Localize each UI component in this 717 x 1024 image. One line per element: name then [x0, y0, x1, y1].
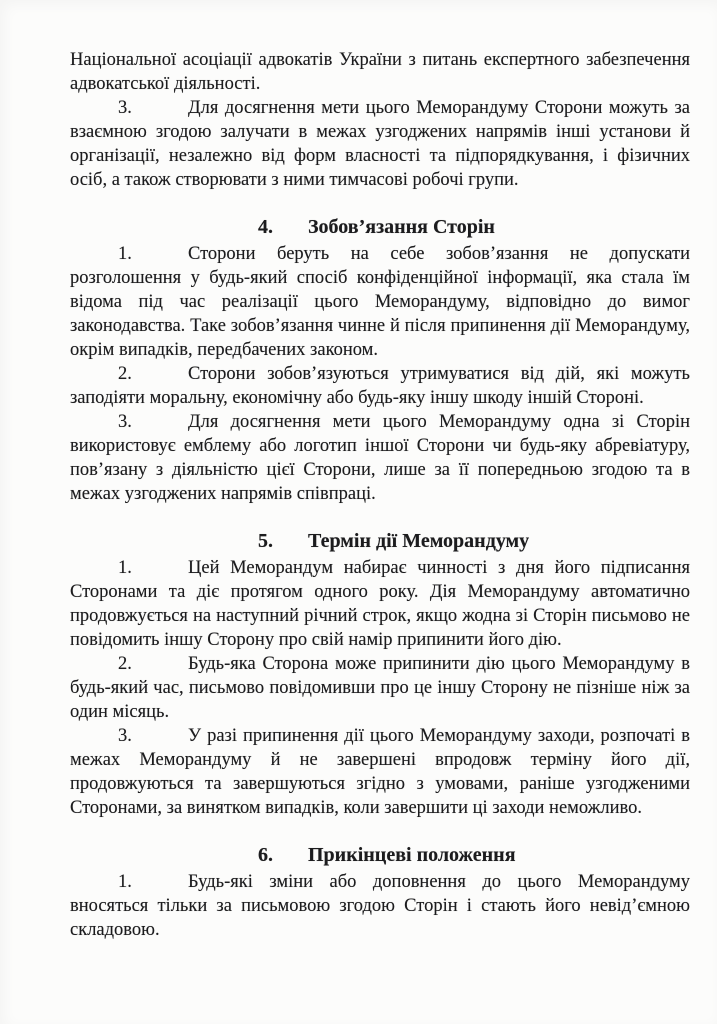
paragraph-continuation: Національної асоціації адвокатів України… [70, 48, 690, 96]
paragraph-s5-item-1: 1.Цей Меморандум набирає чинності з дня … [70, 556, 690, 652]
item-number: 1. [118, 242, 188, 266]
paragraph-s4-item-3: 3.Для досягнення мети цього Меморандуму … [70, 410, 690, 506]
section-heading-term: 5.Термін дії Меморандуму [70, 526, 690, 556]
section-number: 5. [258, 526, 308, 556]
section-heading-final-provisions: 6.Прикінцеві положення [70, 840, 690, 870]
paragraph-s4-item-1: 1.Сторони беруть на себе зобов’язання не… [70, 242, 690, 362]
paragraph-s4-item-2: 2.Сторони зобов’язуються утримуватися ві… [70, 362, 690, 410]
section-title: Зобов’язання Сторін [308, 216, 495, 238]
paragraph-s6-item-1: 1.Будь-які зміни або доповнення до цього… [70, 870, 690, 942]
paragraph-s5-item-3: 3.У разі припинення дії цього Меморандум… [70, 724, 690, 820]
section-heading-obligations: 4.Зобов’язання Сторін [70, 212, 690, 242]
section-number: 4. [258, 212, 308, 242]
scanned-document-page: Національної асоціації адвокатів України… [0, 0, 717, 1024]
item-number: 2. [118, 362, 188, 386]
item-number: 3. [118, 96, 188, 120]
item-number: 3. [118, 724, 188, 748]
section-title: Прикінцеві положення [308, 844, 516, 866]
section-number: 6. [258, 840, 308, 870]
section-title: Термін дії Меморандуму [308, 530, 529, 552]
paragraph-intro-item-3: 3.Для досягнення мети цього Меморандуму … [70, 96, 690, 192]
paragraph-s5-item-2: 2.Будь-яка Сторона може припинити дію ць… [70, 652, 690, 724]
item-number: 2. [118, 652, 188, 676]
item-number: 1. [118, 870, 188, 894]
item-number: 1. [118, 556, 188, 580]
item-number: 3. [118, 410, 188, 434]
